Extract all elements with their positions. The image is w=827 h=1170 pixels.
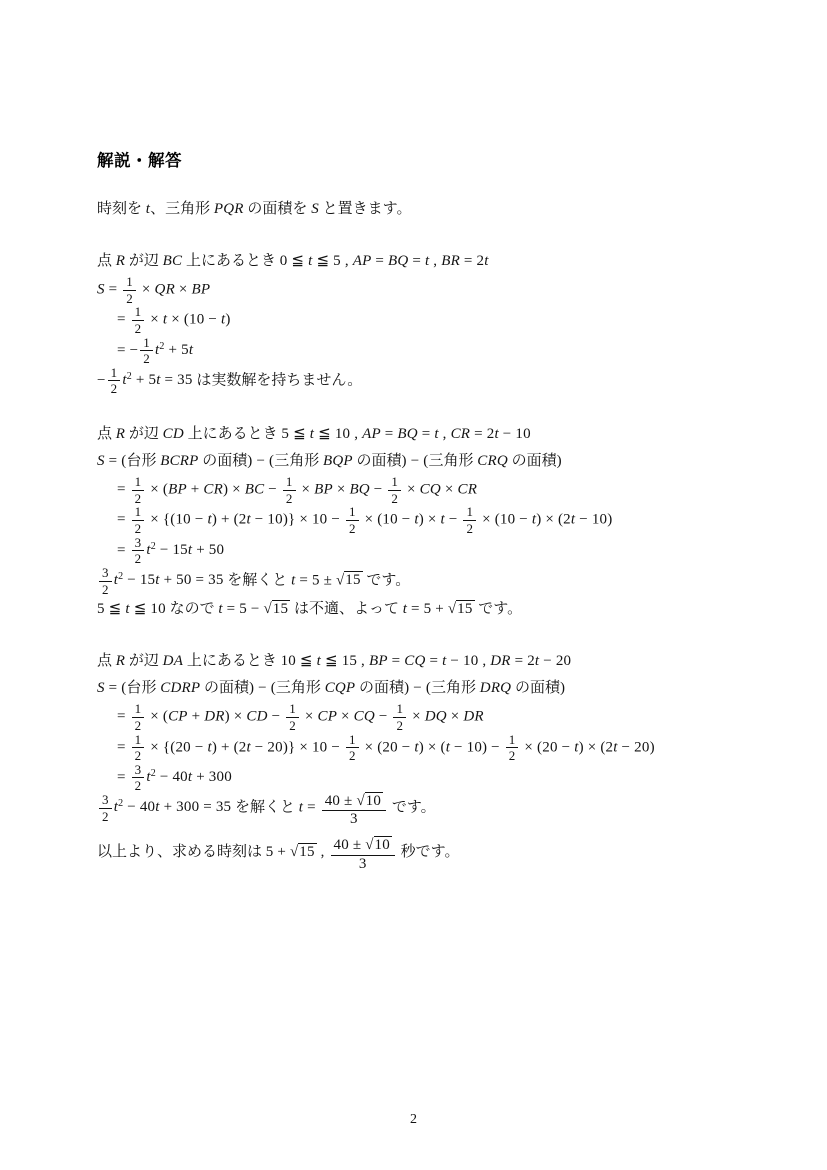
math-literal: × (146, 312, 163, 328)
formula-line: S = (台形 CDRP の面積) − (三角形 CQP の面積) − (三角形… (97, 675, 777, 702)
fraction-numerator: 1 (286, 702, 299, 717)
intro-paragraph: 時刻を t、三角形 PQR の面積を S と置きます。 (97, 196, 777, 223)
fraction-denominator: 2 (99, 808, 112, 824)
math-literal: 2 (509, 748, 516, 763)
math-literal: = 2 (460, 253, 484, 269)
fraction: 12 (132, 475, 145, 505)
formula-line: 点 R が辺 CD 上にあるとき 5 ≦ t ≦ 10 , AP = BQ = … (97, 421, 777, 448)
fraction: 32 (132, 536, 145, 566)
math-literal: × (301, 709, 318, 725)
fraction: 12 (506, 733, 519, 763)
math-literal: ) − ( (247, 453, 274, 469)
fraction-denominator: 2 (132, 490, 145, 506)
math-variable: AP (353, 253, 372, 269)
math-run: = (117, 512, 130, 528)
math-literal: 3 (350, 811, 358, 827)
math-variable: DQ (425, 709, 447, 725)
text-segment: 上にあるとき (183, 653, 281, 669)
math-literal: − (264, 481, 281, 497)
math-literal: − 15 (123, 572, 155, 588)
math-literal: × (175, 281, 192, 297)
math-run: S = ( (97, 680, 126, 696)
math-literal: = (381, 426, 398, 442)
fraction-numerator: 1 (132, 305, 145, 320)
math-variable: BR (441, 253, 460, 269)
fraction: 12 (346, 733, 359, 763)
math-literal: ) − ( (404, 680, 431, 696)
math-literal: = (117, 481, 130, 497)
math-variable: CD (246, 709, 267, 725)
math-literal: − 10 , (446, 653, 490, 669)
formula-line: 32t2 − 40t + 300 = 35 を解くと t = 40 ± √103… (97, 793, 777, 828)
math-variable: CR (451, 426, 471, 442)
math-literal: 2 (466, 521, 473, 536)
math-literal: − (268, 709, 285, 725)
math-literal: = (371, 253, 388, 269)
math-variable: CQ (354, 709, 375, 725)
fraction: 12 (132, 305, 145, 335)
math-run: 2 (349, 748, 356, 763)
fraction-denominator: 2 (140, 350, 153, 366)
math-literal: × ( (146, 709, 168, 725)
math-run: 2 (143, 351, 150, 366)
math-literal: + (187, 481, 204, 497)
math-variable: QR (155, 281, 175, 297)
math-run: ) − ( (404, 680, 431, 696)
math-literal: , (317, 844, 329, 860)
math-literal: ) (560, 680, 565, 696)
formula-line: S = 12 × QR × BP (97, 275, 777, 305)
math-run: = (117, 312, 130, 328)
math-literal: ) × ( (419, 739, 446, 755)
math-literal: = − (117, 342, 138, 358)
sqrt-sign: √ (365, 837, 373, 853)
math-literal: = (105, 281, 122, 297)
math-run: S (311, 201, 319, 217)
math-run: = (117, 769, 130, 785)
text-segment: 時刻を (97, 201, 146, 217)
math-run: 5 ≦ t ≦ 10 (97, 601, 166, 617)
math-run: × (BP + CR) × BC − (146, 481, 281, 497)
math-run: t = 5 ± (291, 572, 336, 588)
fraction-numerator: 1 (123, 275, 136, 290)
text-segment: 点 (97, 253, 116, 269)
fraction-denominator: 2 (506, 747, 519, 763)
math-literal: 1 (135, 304, 142, 319)
math-run: 1 (111, 365, 118, 380)
fraction-numerator: 1 (463, 505, 476, 520)
math-run: 1 (135, 701, 142, 716)
math-literal: 5 ≦ (281, 426, 309, 442)
math-run: t2 + 5t = 35 (122, 372, 192, 388)
case-r-on-da: 点 R が辺 DA 上にあるとき 10 ≦ t ≦ 15 , BP = CQ =… (97, 648, 777, 872)
math-run: × CP × CQ − (301, 709, 392, 725)
math-run: 1 (143, 335, 150, 350)
math-variable: t (484, 253, 488, 269)
math-literal: 2 (102, 809, 109, 824)
math-literal: 1 (349, 732, 356, 747)
fraction-numerator: 1 (132, 475, 145, 490)
text-segment: を解くと (224, 572, 292, 588)
math-literal: + 300 = 35 (160, 799, 232, 815)
text-segment: 、三角形 (150, 201, 214, 217)
formula-line: = −12t2 + 5t (97, 336, 777, 366)
case-r-on-cd: 点 R が辺 CD 上にあるとき 5 ≦ t ≦ 10 , AP = BQ = … (97, 421, 777, 623)
formula-line: = 12 × {(20 − t) + (2t − 20)} × 10 − 12 … (97, 733, 777, 763)
fraction: 12 (132, 505, 145, 535)
math-variable: R (116, 253, 125, 269)
math-run: 3 (102, 792, 109, 807)
math-literal: 1 (509, 732, 516, 747)
math-literal: 2 (391, 491, 398, 506)
math-run: CQP (325, 680, 356, 696)
document-content: 時刻を t、三角形 PQR の面積を S と置きます。点 R が辺 BC 上にあ… (97, 196, 777, 873)
math-run: 2 (126, 291, 133, 306)
math-run: ) − ( (402, 453, 429, 469)
text-segment: の面積 (511, 680, 560, 696)
fraction-denominator: 2 (346, 747, 359, 763)
math-literal: 1 (111, 365, 118, 380)
fraction: 12 (132, 733, 145, 763)
superscript: 2 (118, 571, 123, 582)
fraction-numerator: 1 (388, 475, 401, 490)
text-segment: 三角形 (274, 453, 323, 469)
math-literal: 1 (396, 701, 403, 716)
math-literal: 1 (349, 504, 356, 519)
sqrt-radical: √15 (290, 843, 317, 860)
math-literal: 1 (466, 504, 473, 519)
math-literal: − (97, 372, 106, 388)
fraction: 32 (99, 793, 112, 823)
math-run: 2 (466, 521, 473, 536)
math-literal: ) + (2 (212, 512, 247, 528)
math-variable: BP (168, 481, 187, 497)
fraction: 12 (393, 702, 406, 732)
math-literal: 2 (289, 718, 296, 733)
math-run: 1 (135, 732, 142, 747)
math-literal: 1 (135, 474, 142, 489)
math-run: × QR × BP (138, 281, 210, 297)
math-literal: 10 ≦ (281, 653, 317, 669)
text-segment: が辺 (125, 426, 163, 442)
math-run: CD (163, 426, 184, 442)
math-run: 2 (135, 321, 142, 336)
fraction: 32 (99, 566, 112, 596)
math-run: 3 (359, 856, 367, 872)
math-run: 15 (299, 844, 314, 860)
math-literal: − (370, 481, 387, 497)
math-run: DRQ (480, 680, 511, 696)
math-literal: − 40 (156, 769, 188, 785)
fraction-numerator: 1 (140, 336, 153, 351)
math-literal: 3 (102, 565, 109, 580)
math-literal: 2 (111, 381, 118, 396)
text-segment: 三角形 (429, 453, 478, 469)
math-literal: = (408, 253, 425, 269)
fraction: 12 (346, 505, 359, 535)
math-variable: S (97, 453, 105, 469)
math-variable: AP (362, 426, 381, 442)
fraction-numerator: 3 (99, 793, 112, 808)
math-run: 10 (375, 837, 390, 853)
math-literal: × (10 − (478, 512, 532, 528)
formula-line: = 32t2 − 40t + 300 (97, 763, 777, 793)
fraction-denominator: 3 (322, 810, 386, 828)
math-run: 2 (289, 718, 296, 733)
math-run: 1 (349, 504, 356, 519)
math-literal: , (429, 253, 441, 269)
math-literal: × (10 − (361, 512, 415, 528)
math-run: 2 (135, 551, 142, 566)
math-run: = (117, 542, 130, 558)
math-literal: ≦ 5 , (313, 253, 353, 269)
math-literal: 2 (143, 351, 150, 366)
sqrt-sign: √ (448, 601, 456, 617)
math-literal: = 35 (161, 372, 193, 388)
math-literal: = 5 − (223, 601, 264, 617)
math-literal: − 20 (539, 653, 571, 669)
math-variable: BQ (349, 481, 369, 497)
fraction-numerator: 3 (99, 566, 112, 581)
math-run: t = (299, 799, 320, 815)
text-segment: 以上より、求める時刻は (97, 844, 266, 860)
fraction-denominator: 2 (132, 777, 145, 793)
math-run: − (97, 372, 106, 388)
text-segment: 点 (97, 426, 116, 442)
math-literal: ) × (2 (579, 739, 614, 755)
math-variable: DR (204, 709, 224, 725)
math-variable: BP (369, 653, 388, 669)
fraction: 32 (132, 763, 145, 793)
text-segment: が辺 (125, 253, 163, 269)
formula-line: = 32t2 − 15t + 50 (97, 536, 777, 566)
math-literal: + 300 (192, 769, 232, 785)
formula-line: 5 ≦ t ≦ 10 なので t = 5 − √15 は不適、よって t = 5… (97, 596, 777, 623)
math-run: BC (163, 253, 183, 269)
math-variable: BQ (397, 426, 417, 442)
fraction-numerator: 1 (132, 733, 145, 748)
math-variable: BQ (388, 253, 408, 269)
math-variable: CP (168, 709, 188, 725)
math-variable: t (189, 342, 193, 358)
math-literal: ) (225, 312, 230, 328)
math-literal: × (403, 481, 420, 497)
math-literal: = 2 (511, 653, 535, 669)
fraction-denominator: 2 (463, 520, 476, 536)
math-literal: 2 (286, 491, 293, 506)
math-run: BCRP (160, 453, 198, 469)
fraction-denominator: 2 (286, 717, 299, 733)
math-run: 10 ≦ t ≦ 15 , BP = CQ = t − 10 , DR = 2t… (281, 653, 572, 669)
math-literal: × (10 − (167, 312, 221, 328)
math-literal: = (117, 512, 130, 528)
math-run: , (317, 844, 329, 860)
text-segment: の面積 (508, 453, 557, 469)
math-run: 2 (135, 778, 142, 793)
fraction-denominator: 2 (283, 490, 296, 506)
fraction: 12 (132, 702, 145, 732)
document-page: 解説・解答 時刻を t、三角形 PQR の面積を S と置きます。点 R が辺 … (0, 0, 827, 1170)
math-literal: 1 (391, 474, 398, 489)
case-r-on-bc: 点 R が辺 BC 上にあるとき 0 ≦ t ≦ 5 , AP = BQ = t… (97, 248, 777, 396)
math-run: ) (557, 453, 562, 469)
text-segment: です。 (388, 799, 436, 815)
math-literal: = (117, 769, 130, 785)
math-run: t2 − 40t + 300 = 35 (114, 799, 232, 815)
math-variable: BP (192, 281, 211, 297)
math-run: t2 − 15t + 50 (146, 542, 224, 558)
math-run: 40 ± (325, 793, 357, 809)
math-literal: × (298, 481, 315, 497)
math-variable: CRQ (477, 453, 508, 469)
text-segment: です。 (363, 572, 411, 588)
math-run: 15 (345, 572, 360, 588)
math-run: 5 + (266, 844, 290, 860)
fraction-denominator: 2 (108, 380, 121, 396)
math-literal: 2 (349, 748, 356, 763)
math-literal: × (441, 481, 458, 497)
math-variable: CDRP (160, 680, 200, 696)
math-run: R (116, 653, 125, 669)
math-literal: = ( (105, 453, 127, 469)
formula-line: = 12 × (BP + CR) × BC − 12 × BP × BQ − 1… (97, 475, 777, 505)
formula-line: 点 R が辺 BC 上にあるとき 0 ≦ t ≦ 5 , AP = BQ = t… (97, 248, 777, 275)
fraction-denominator: 2 (132, 747, 145, 763)
sqrt-radical: √10 (365, 836, 392, 853)
math-literal: = (117, 542, 130, 558)
text-segment: の面積 (199, 453, 248, 469)
text-segment: の面積 (200, 680, 249, 696)
math-literal: = (303, 799, 320, 815)
sqrt-sign: √ (356, 793, 364, 809)
text-segment: を解くと (231, 799, 299, 815)
sqrt-body: 15 (272, 600, 290, 617)
math-run: = (117, 739, 130, 755)
math-run: 2 (396, 718, 403, 733)
formula-line: = 12 × (CP + DR) × CD − 12 × CP × CQ − 1… (97, 702, 777, 732)
math-literal: 15 (345, 572, 360, 588)
sqrt-radical: √15 (448, 600, 475, 617)
math-run: × {(20 − t) + (2t − 20)} × 10 − (146, 739, 344, 755)
math-run: 1 (126, 274, 133, 289)
text-segment: 点 (97, 653, 116, 669)
math-literal: ) − ( (249, 680, 276, 696)
math-literal: 2 (135, 778, 142, 793)
math-run: CDRP (160, 680, 200, 696)
math-variable: R (116, 426, 125, 442)
math-literal: + 50 (192, 542, 224, 558)
math-run: 1 (466, 504, 473, 519)
fraction-numerator: 1 (108, 366, 121, 381)
math-literal: 40 ± (334, 837, 366, 853)
math-literal: , (439, 426, 451, 442)
superscript: 2 (151, 768, 156, 779)
fraction-denominator: 2 (132, 550, 145, 566)
fraction-denominator: 2 (132, 717, 145, 733)
fraction-denominator: 2 (132, 520, 145, 536)
math-literal: 2 (135, 321, 142, 336)
fraction-denominator: 3 (331, 855, 395, 873)
text-segment: は不適、よって (290, 601, 403, 617)
math-run: 1 (509, 732, 516, 747)
math-literal: 0 ≦ (280, 253, 308, 269)
math-variable: S (97, 281, 105, 297)
math-variable: S (97, 680, 105, 696)
fraction-numerator: 1 (346, 505, 359, 520)
fraction-numerator: 3 (132, 763, 145, 778)
math-variable: DR (490, 653, 510, 669)
fraction-denominator: 2 (388, 490, 401, 506)
math-run: = − (117, 342, 138, 358)
math-variable: DRQ (480, 680, 511, 696)
math-literal: = 2 (470, 426, 494, 442)
math-run: 1 (135, 504, 142, 519)
math-run: 40 ± (334, 837, 366, 853)
math-literal: 2 (396, 718, 403, 733)
math-literal: × {(20 − (146, 739, 207, 755)
math-variable: CQP (325, 680, 356, 696)
formula-line: 点 R が辺 DA 上にあるとき 10 ≦ t ≦ 15 , BP = CQ =… (97, 648, 777, 675)
math-literal: × ( (146, 481, 168, 497)
math-run: × (20 − t) × (2t − 20) (520, 739, 654, 755)
math-run: 2 (391, 491, 398, 506)
math-literal: × (408, 709, 425, 725)
math-run: = (117, 709, 130, 725)
math-variable: CR (203, 481, 223, 497)
math-variable: CD (163, 426, 184, 442)
math-variable: CP (317, 709, 337, 725)
fraction: 12 (388, 475, 401, 505)
sqrt-body: 10 (374, 836, 392, 853)
math-run: 3 (135, 762, 142, 777)
fraction-numerator: 1 (506, 733, 519, 748)
math-literal: 1 (143, 335, 150, 350)
math-run: t2 − 40t + 300 (146, 769, 232, 785)
math-literal: 3 (135, 535, 142, 550)
math-literal: 1 (126, 274, 133, 289)
math-run: × (10 − t) × (2t − 10) (478, 512, 612, 528)
math-literal: × (333, 481, 350, 497)
sqrt-radical: √10 (356, 792, 383, 809)
math-literal: = ( (105, 680, 127, 696)
math-literal: − (445, 512, 462, 528)
math-run: t2 + 5t (155, 342, 193, 358)
math-run: BQP (323, 453, 353, 469)
fraction: 12 (463, 505, 476, 535)
math-variable: DA (163, 653, 183, 669)
math-run: 3 (102, 565, 109, 580)
math-run: 1 (135, 304, 142, 319)
math-run: t2 − 15t + 50 = 35 (114, 572, 224, 588)
math-literal: 3 (135, 762, 142, 777)
sqrt-body: 15 (456, 600, 474, 617)
math-literal: + 50 = 35 (160, 572, 224, 588)
fraction-numerator: 1 (283, 475, 296, 490)
math-literal: 1 (286, 474, 293, 489)
fraction: 12 (283, 475, 296, 505)
math-literal: 2 (102, 582, 109, 597)
math-literal: 15 (299, 844, 314, 860)
math-variable: S (311, 201, 319, 217)
math-literal: + (188, 709, 205, 725)
fraction: 40 ± √103 (322, 794, 386, 829)
text-segment: 三角形 (276, 680, 325, 696)
math-run: × (CP + DR) × CD − (146, 709, 284, 725)
math-run: 1 (396, 701, 403, 716)
fraction-denominator: 2 (393, 717, 406, 733)
fraction-numerator: 1 (132, 505, 145, 520)
math-literal: − 20) (618, 739, 655, 755)
